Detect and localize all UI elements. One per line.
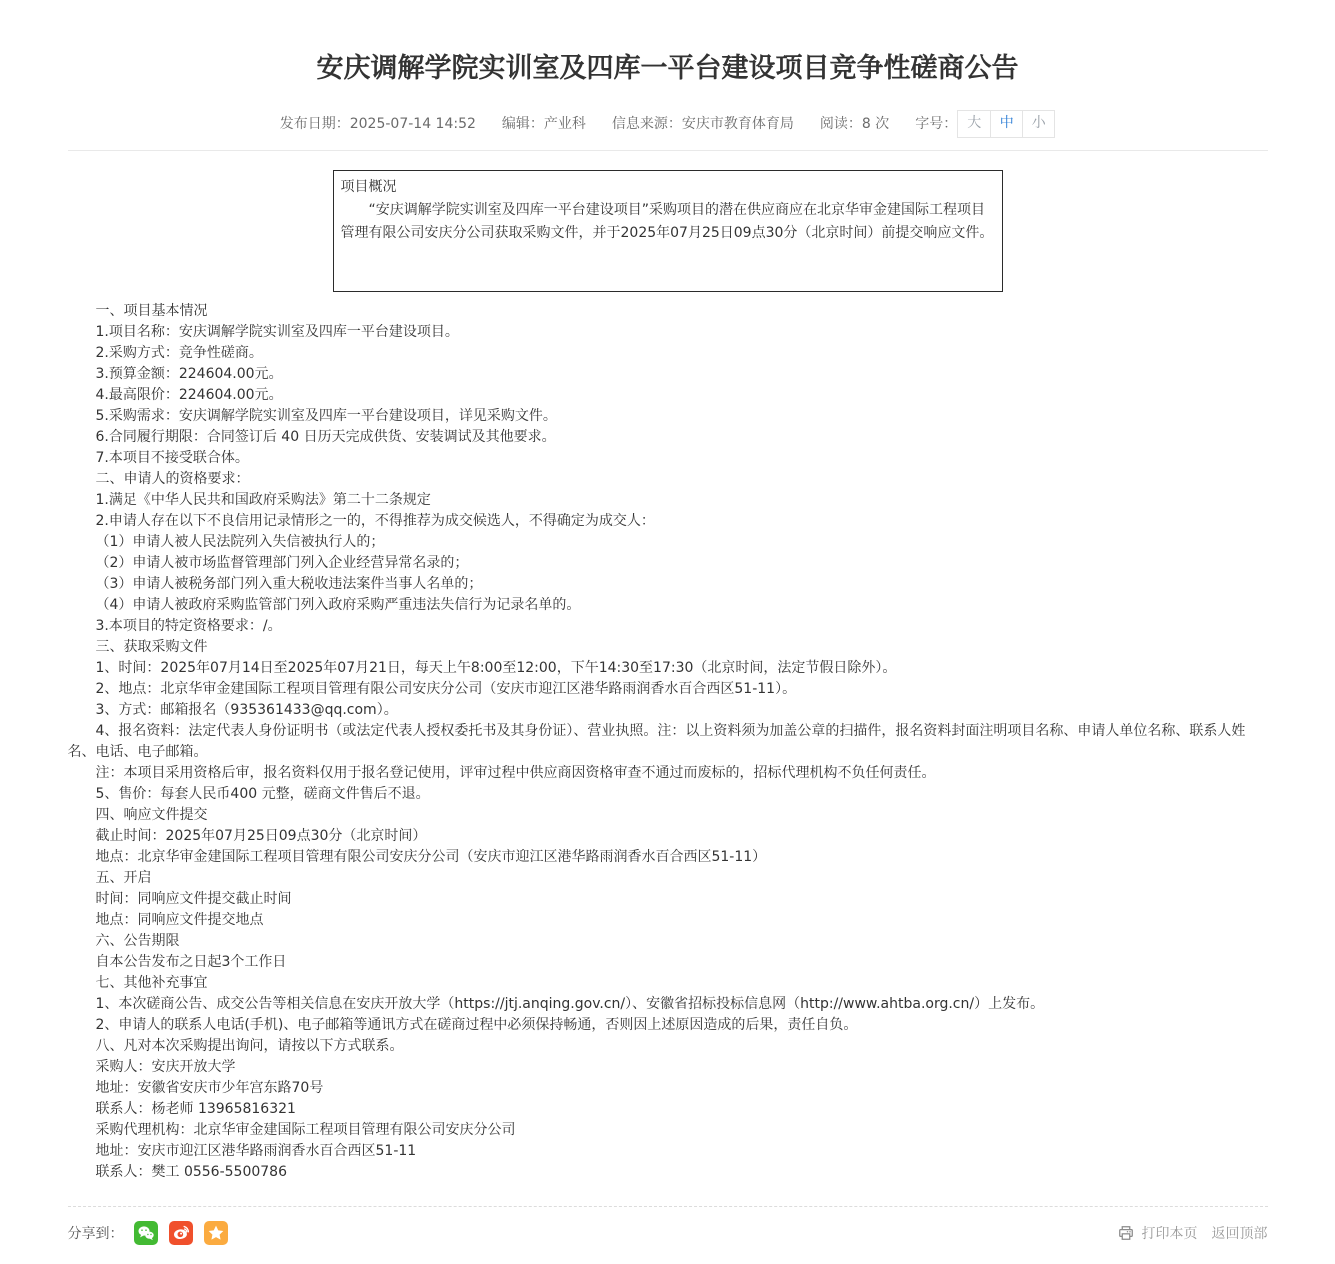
article-paragraph: 地点：同响应文件提交地点: [68, 910, 1268, 931]
view-count: 阅读：8 次: [820, 111, 889, 137]
article-paragraph: 采购代理机构：北京华审金建国际工程项目管理有限公司安庆分公司: [68, 1120, 1268, 1141]
article-paragraph: （4）申请人被政府采购监管部门列入政府采购严重违法失信行为记录名单的。: [68, 595, 1268, 616]
article-paragraph: 6.合同履行期限：合同签订后 40 日历天完成供货、安装调试及其他要求。: [68, 427, 1268, 448]
font-size-medium-button[interactable]: 中: [990, 111, 1022, 137]
weibo-icon: [171, 1223, 191, 1243]
article-paragraph: 5、售价：每套人民币400 元整，磋商文件售后不退。: [68, 784, 1268, 805]
article-paragraph: 4.最高限价：224604.00元。: [68, 385, 1268, 406]
article-paragraph: 六、公告期限: [68, 931, 1268, 952]
article-paragraph: 5.采购需求：安庆调解学院实训室及四库一平台建设项目，详见采购文件。: [68, 406, 1268, 427]
article-paragraph: 七、其他补充事宜: [68, 973, 1268, 994]
font-size-large-button[interactable]: 大: [958, 111, 990, 137]
article-paragraph: 1.满足《中华人民共和国政府采购法》第二十二条规定: [68, 490, 1268, 511]
article-paragraph: 四、响应文件提交: [68, 805, 1268, 826]
article-paragraph: 7.本项目不接受联合体。: [68, 448, 1268, 469]
overview-body: “安庆调解学院实训室及四库一平台建设项目”采购项目的潜在供应商应在北京华审金建国…: [341, 199, 995, 245]
wechat-icon: [136, 1223, 156, 1243]
editor: 编辑：产业科: [502, 111, 586, 137]
header-divider: [68, 150, 1268, 151]
article-paragraph: 地点：北京华审金建国际工程项目管理有限公司安庆分公司（安庆市迎江区港华路雨润香水…: [68, 847, 1268, 868]
article-paragraph: 五、开启: [68, 868, 1268, 889]
article-paragraph: 自本公告发布之日起3个工作日: [68, 952, 1268, 973]
page-title: 安庆调解学院实训室及四库一平台建设项目竞争性磋商公告: [68, 0, 1268, 86]
font-size-small-button[interactable]: 小: [1022, 111, 1054, 137]
share-qzone-button[interactable]: [204, 1221, 228, 1245]
article-paragraph: 时间：同响应文件提交截止时间: [68, 889, 1268, 910]
article-paragraph: （2）申请人被市场监督管理部门列入企业经营异常名录的；: [68, 553, 1268, 574]
article-paragraph: 1、时间：2025年07月14日至2025年07月21日，每天上午8:00至12…: [68, 658, 1268, 679]
article-paragraph: 2.申请人存在以下不良信用记录情形之一的，不得推荐为成交候选人，不得确定为成交人…: [68, 511, 1268, 532]
share-weibo-button[interactable]: [169, 1221, 193, 1245]
meta-row: 发布日期：2025-07-14 14:52 编辑：产业科 信息来源：安庆市教育体…: [68, 110, 1268, 138]
back-to-top-label: 返回顶部: [1212, 1223, 1268, 1243]
article-paragraph: 三、获取采购文件: [68, 637, 1268, 658]
article-paragraph: 2、申请人的联系人电话(手机)、电子邮箱等通讯方式在磋商过程中必须保持畅通，否则…: [68, 1015, 1268, 1036]
font-size-control: 大 中 小: [957, 110, 1055, 138]
article-paragraph: 2.采购方式：竞争性磋商。: [68, 343, 1268, 364]
back-to-top-button[interactable]: 返回顶部: [1212, 1223, 1268, 1243]
article-paragraph: 二、申请人的资格要求：: [68, 469, 1268, 490]
article-paragraph: 地址：安徽省安庆市少年宫东路70号: [68, 1078, 1268, 1099]
article-paragraph: 1.项目名称：安庆调解学院实训室及四库一平台建设项目。: [68, 322, 1268, 343]
article-paragraph: 八、凡对本次采购提出询问，请按以下方式联系。: [68, 1036, 1268, 1057]
share-label: 分享到：: [68, 1223, 124, 1243]
announcement-page: 安庆调解学院实训室及四库一平台建设项目竞争性磋商公告 发布日期：2025-07-…: [68, 0, 1268, 1245]
share-area: 分享到：: [68, 1221, 239, 1245]
article-paragraph: 采购人：安庆开放大学: [68, 1057, 1268, 1078]
qzone-star-icon: [206, 1223, 226, 1243]
printer-icon: [1116, 1223, 1136, 1243]
article-paragraph: 3.本项目的特定资格要求：/。: [68, 616, 1268, 637]
article-paragraph: （3）申请人被税务部门列入重大税收违法案件当事人名单的；: [68, 574, 1268, 595]
tools-area: 打印本页 返回顶部: [1116, 1223, 1268, 1243]
article-paragraph: 联系人：杨老师 13965816321: [68, 1099, 1268, 1120]
article-paragraph: 截止时间：2025年07月25日09点30分（北京时间）: [68, 826, 1268, 847]
overview-title: 项目概况: [341, 176, 995, 199]
article-paragraph: 联系人：樊工 0556-5500786: [68, 1162, 1268, 1183]
publish-date: 发布日期：2025-07-14 14:52: [280, 111, 476, 137]
article-paragraph: 3.预算金额：224604.00元。: [68, 364, 1268, 385]
article-paragraph: 1、本次磋商公告、成交公告等相关信息在安庆开放大学（https://jtj.an…: [68, 994, 1268, 1015]
print-page-button[interactable]: 打印本页: [1116, 1223, 1198, 1243]
article-paragraph: 3、方式：邮箱报名（935361433@qq.com）。: [68, 700, 1268, 721]
article-paragraph: 地址：安庆市迎江区港华路雨润香水百合西区51-11: [68, 1141, 1268, 1162]
article-paragraph: 2、地点：北京华审金建国际工程项目管理有限公司安庆分公司（安庆市迎江区港华路雨润…: [68, 679, 1268, 700]
article-body: 一、项目基本情况 1.项目名称：安庆调解学院实训室及四库一平台建设项目。 2.采…: [68, 301, 1268, 1183]
font-size-label: 字号：: [915, 111, 957, 137]
print-page-label: 打印本页: [1142, 1223, 1198, 1243]
footer-bar: 分享到：: [68, 1206, 1268, 1245]
article-paragraph: 注：本项目采用资格后审，报名资料仅用于报名登记使用，评审过程中供应商因资格审查不…: [68, 763, 1268, 784]
info-source: 信息来源：安庆市教育体育局: [612, 111, 794, 137]
project-overview-box: 项目概况 “安庆调解学院实训室及四库一平台建设项目”采购项目的潜在供应商应在北京…: [333, 170, 1003, 292]
article-paragraph: 4、报名资料：法定代表人身份证明书（或法定代表人授权委托书及其身份证）、营业执照…: [68, 721, 1268, 763]
article-paragraph: 一、项目基本情况: [68, 301, 1268, 322]
share-wechat-button[interactable]: [134, 1221, 158, 1245]
font-size-group: 字号： 大 中 小: [915, 110, 1055, 138]
article-paragraph: （1）申请人被人民法院列入失信被执行人的；: [68, 532, 1268, 553]
